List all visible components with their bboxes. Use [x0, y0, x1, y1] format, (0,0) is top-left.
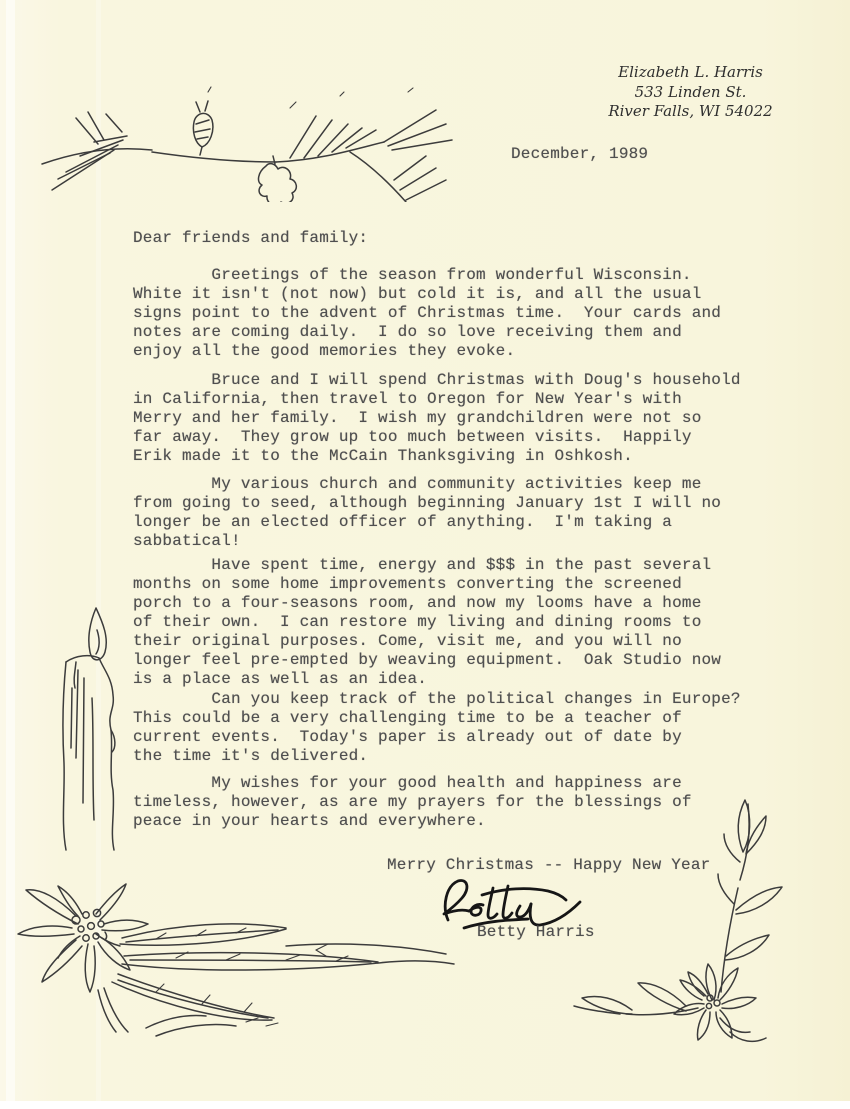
pine-branch-illustration	[28, 52, 458, 202]
letterhead-name: Elizabeth L. Harris	[588, 63, 793, 83]
corner-flower-illustration	[552, 792, 802, 1052]
letter-paragraph: Greetings of the season from wonderful W…	[133, 266, 721, 361]
letterhead-block: Elizabeth L. Harris 533 Linden St. River…	[588, 63, 793, 122]
date-line: December, 1989	[511, 145, 648, 164]
letter-paragraph: Bruce and I will spend Christmas with Do…	[133, 371, 741, 466]
letterhead-street: 533 Linden St.	[588, 83, 793, 103]
letter-paragraph: My various church and community activiti…	[133, 475, 721, 551]
salutation: Dear friends and family:	[133, 229, 368, 248]
letterhead-city: River Falls, WI 54022	[588, 102, 793, 122]
candle-poinsettia-illustration	[6, 598, 476, 1038]
scanned-letter-page: Elizabeth L. Harris 533 Linden St. River…	[0, 0, 850, 1109]
scan-artifact-bottom-edge	[0, 1101, 850, 1109]
